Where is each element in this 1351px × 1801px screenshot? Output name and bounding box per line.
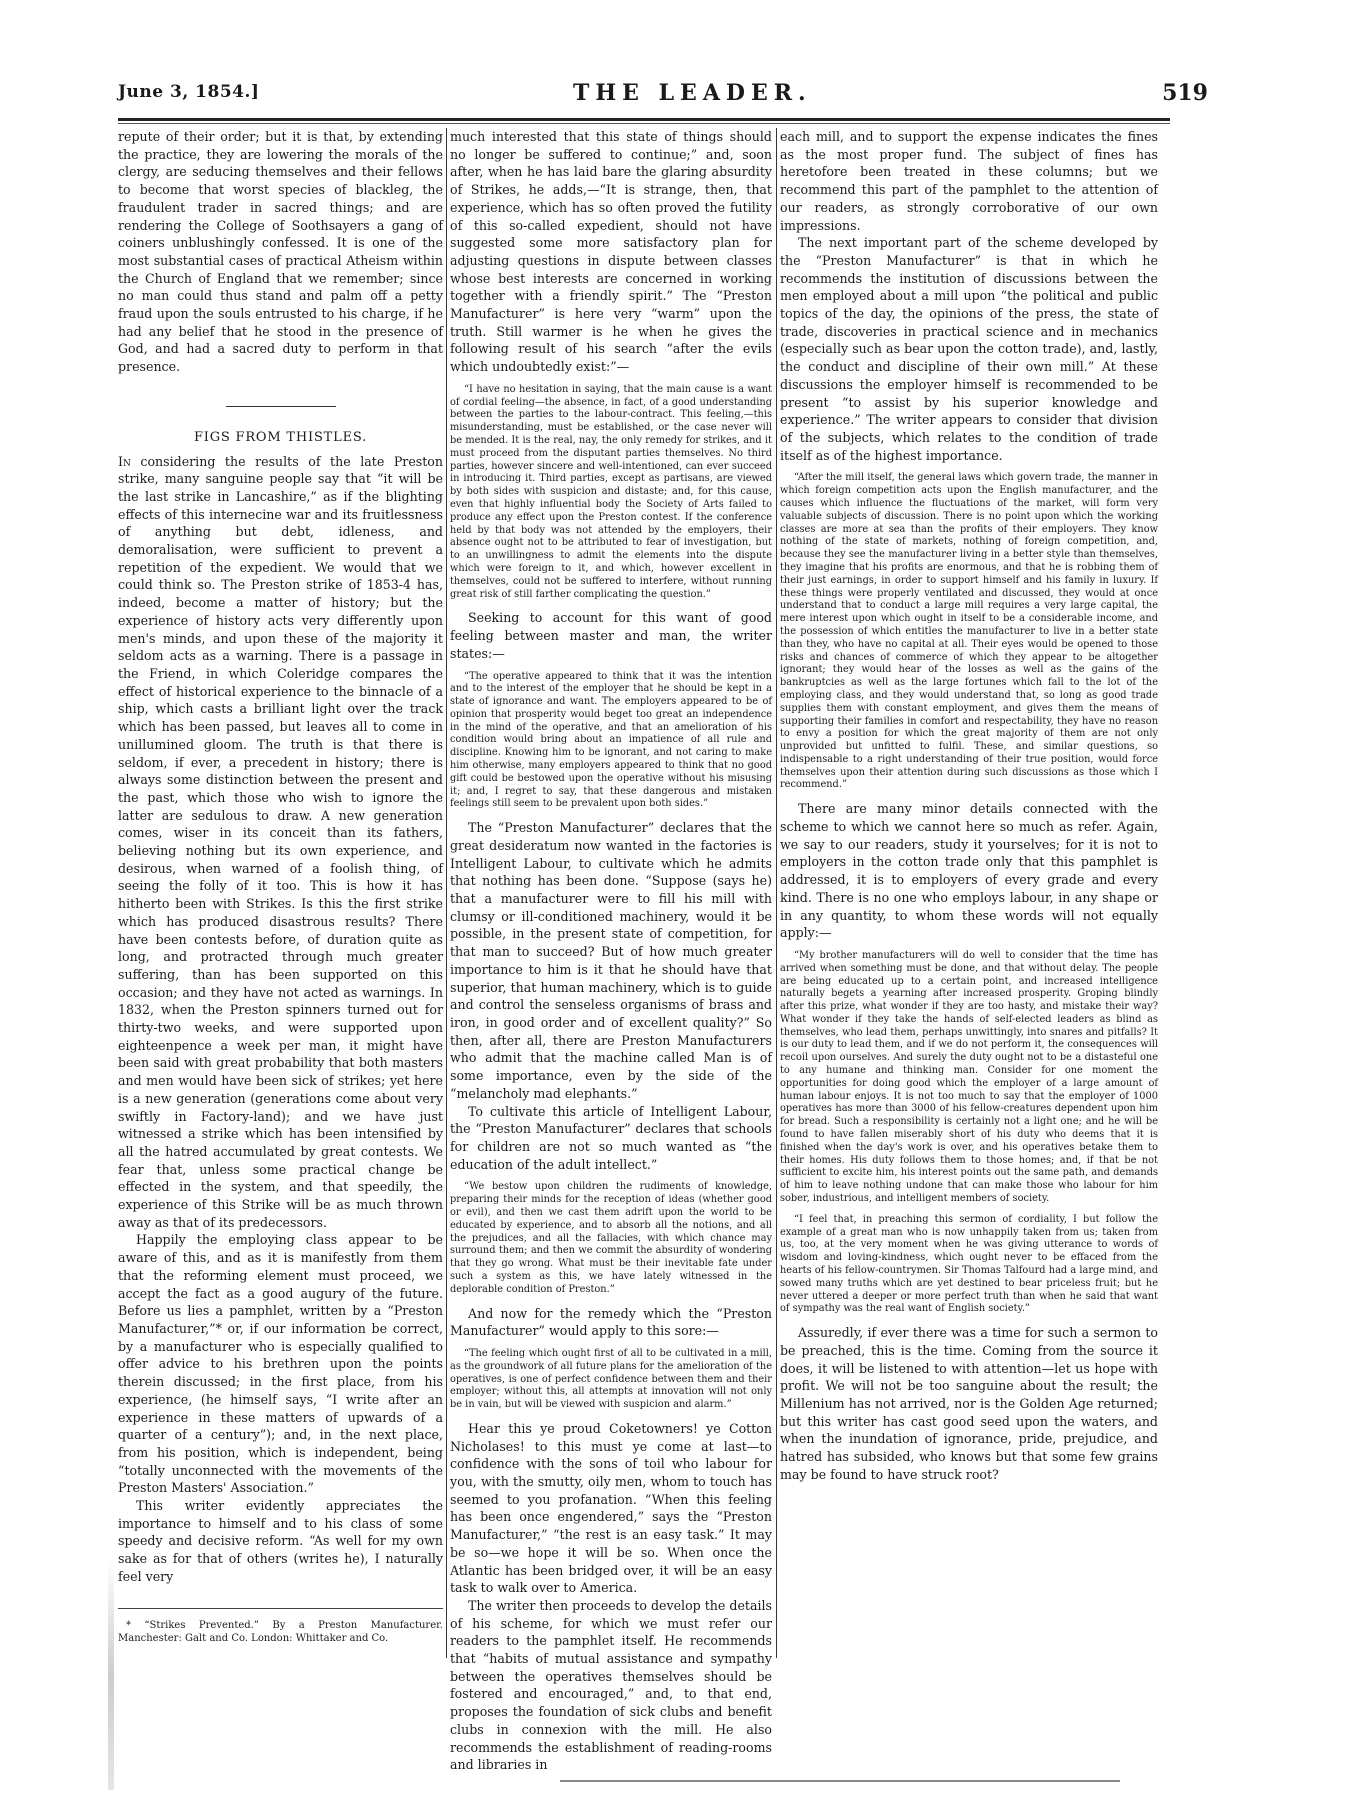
block-quote: “The feeling which ought first of all to… <box>450 1348 772 1412</box>
column-2: much interested that this state of thing… <box>450 128 772 1774</box>
paragraph: Assuredly, if ever there was a time for … <box>780 1324 1158 1483</box>
column-divider <box>776 128 777 1658</box>
paragraph: Happily the employing class appear to be… <box>118 1231 443 1497</box>
paragraph: There are many minor details connected w… <box>780 800 1158 942</box>
header-rule <box>118 118 1170 121</box>
block-quote: “My brother manufacturers will do well t… <box>780 950 1158 1206</box>
column-3: each mill, and to support the expense in… <box>780 128 1158 1484</box>
section-divider <box>226 406 336 407</box>
footnote: * “Strikes Prevented.” By a Preston Manu… <box>118 1619 443 1645</box>
paragraph: each mill, and to support the expense in… <box>780 128 1158 234</box>
page-header: June 3, 1854.] THE LEADER. 519 <box>118 82 1208 110</box>
block-quote: “We bestow upon children the rudiments o… <box>450 1181 772 1296</box>
masthead-title: THE LEADER. <box>573 80 812 106</box>
block-quote: “I feel that, in preaching this sermon o… <box>780 1214 1158 1316</box>
header-rule-thin <box>118 123 1170 124</box>
paragraph: The next important part of the scheme de… <box>780 234 1158 464</box>
paragraph: In considering the results of the late P… <box>118 453 443 1232</box>
paragraph: Hear this ye proud Coketowners! ye Cotto… <box>450 1420 772 1597</box>
paragraph: To cultivate this article of Intelligent… <box>450 1103 772 1174</box>
drop-word: In <box>118 454 131 469</box>
block-quote: “After the mill itself, the general laws… <box>780 472 1158 792</box>
paragraph: This writer evidently appreciates the im… <box>118 1497 443 1586</box>
paragraph: repute of their order; but it is that, b… <box>118 128 443 376</box>
page-edge-shadow <box>108 1560 114 1790</box>
paragraph: The writer then proceeds to develop the … <box>450 1597 772 1774</box>
paragraph: And now for the remedy which the “Presto… <box>450 1305 772 1340</box>
column-divider <box>446 128 447 1658</box>
paragraph: much interested that this state of thing… <box>450 128 772 376</box>
issue-date: June 3, 1854.] <box>118 82 259 102</box>
bottom-rule <box>560 1780 1120 1782</box>
paragraph: Seeking to account for this want of good… <box>450 609 772 662</box>
block-quote: “The operative appeared to think that it… <box>450 671 772 812</box>
paragraph: The “Preston Manufacturer” declares that… <box>450 819 772 1102</box>
column-1: repute of their order; but it is that, b… <box>118 128 443 1645</box>
footnote-divider <box>118 1608 443 1609</box>
block-quote: “I have no hesitation in saying, that th… <box>450 384 772 602</box>
page-number: 519 <box>1162 80 1208 106</box>
article-title: FIGS FROM THISTLES. <box>118 429 443 447</box>
